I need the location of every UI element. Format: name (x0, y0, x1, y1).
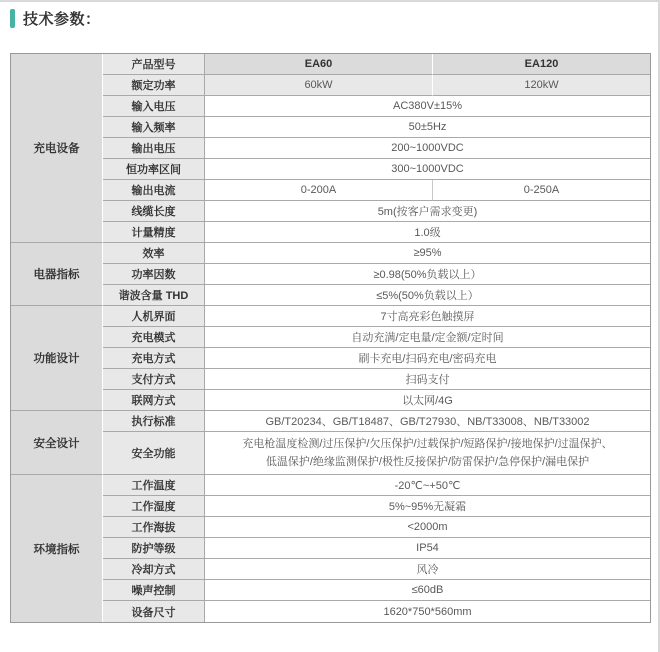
param-cell: 输出电流 (103, 180, 205, 201)
value-cell: EA120 (433, 54, 650, 75)
value-cell: 自动充满/定电量/定金额/定时间 (205, 327, 650, 348)
category-cell: 环境指标 (11, 475, 103, 622)
value-cell: 风冷 (205, 559, 650, 580)
value-cell: 5%~95%无凝霜 (205, 496, 650, 517)
value-cell: 充电枪温度检测/过压保护/欠压保护/过载保护/短路保护/接地保护/过温保护、低温… (205, 432, 650, 475)
value-line: 充电枪温度检测/过压保护/欠压保护/过载保护/短路保护/接地保护/过温保护、 (205, 435, 650, 453)
value-cell: 60kW (205, 75, 433, 96)
param-cell: 执行标准 (103, 411, 205, 432)
param-cell: 充电方式 (103, 348, 205, 369)
param-cell: 额定功率 (103, 75, 205, 96)
category-cell: 安全设计 (11, 411, 103, 475)
param-cell: 功率因数 (103, 264, 205, 285)
category-cell: 充电设备 (11, 54, 103, 243)
spec-table-container: 充电设备产品型号EA60EA120额定功率60kW120kW输入电压AC380V… (10, 53, 651, 623)
category-cell: 电器指标 (11, 243, 103, 306)
param-cell: 防护等级 (103, 538, 205, 559)
param-cell: 恒功率区间 (103, 159, 205, 180)
section-header: 技术参数： (10, 8, 101, 29)
value-cell: EA60 (205, 54, 433, 75)
value-cell: 扫码支付 (205, 369, 650, 390)
param-cell: 产品型号 (103, 54, 205, 75)
value-cell: ≥95% (205, 243, 650, 264)
value-cell: 刷卡充电/扫码充电/密码充电 (205, 348, 650, 369)
value-cell: 1620*750*560mm (205, 601, 650, 622)
value-line: 低温保护/绝缘监测保护/极性反接保护/防雷保护/急停保护/漏电保护 (205, 453, 650, 471)
value-cell: 5m(按客户需求变更) (205, 201, 650, 222)
value-cell: 300~1000VDC (205, 159, 650, 180)
param-cell: 计量精度 (103, 222, 205, 243)
param-cell: 冷却方式 (103, 559, 205, 580)
param-cell: 输出电压 (103, 138, 205, 159)
value-cell: GB/T20234、GB/T18487、GB/T27930、NB/T33008、… (205, 411, 650, 432)
value-cell: 1.0级 (205, 222, 650, 243)
value-cell: -20℃~+50℃ (205, 475, 650, 496)
param-cell: 支付方式 (103, 369, 205, 390)
param-cell: 充电模式 (103, 327, 205, 348)
value-cell: <2000m (205, 517, 650, 538)
value-cell: 7寸高亮彩色触摸屏 (205, 306, 650, 327)
value-cell: 120kW (433, 75, 650, 96)
value-cell: 以太网/4G (205, 390, 650, 411)
category-cell: 功能设计 (11, 306, 103, 411)
param-cell: 效率 (103, 243, 205, 264)
param-cell: 输入频率 (103, 117, 205, 138)
accent-bar-icon (10, 9, 15, 28)
param-cell: 工作湿度 (103, 496, 205, 517)
param-cell: 工作海拔 (103, 517, 205, 538)
param-cell: 输入电压 (103, 96, 205, 117)
value-cell: ≥0.98(50%负载以上） (205, 264, 650, 285)
page-top-edge (0, 0, 660, 2)
value-cell: 200~1000VDC (205, 138, 650, 159)
value-cell: AC380V±15% (205, 96, 650, 117)
value-cell: 0-250A (433, 180, 650, 201)
value-cell: 50±5Hz (205, 117, 650, 138)
param-cell: 谐波含量 THD (103, 285, 205, 306)
value-cell: 0-200A (205, 180, 433, 201)
value-cell: IP54 (205, 538, 650, 559)
value-cell: ≤60dB (205, 580, 650, 601)
value-cell: ≤5%(50%负载以上） (205, 285, 650, 306)
param-cell: 设备尺寸 (103, 601, 205, 622)
param-cell: 噪声控制 (103, 580, 205, 601)
param-cell: 人机界面 (103, 306, 205, 327)
page-title: 技术参数： (23, 8, 101, 29)
param-cell: 线缆长度 (103, 201, 205, 222)
param-cell: 安全功能 (103, 432, 205, 475)
param-cell: 联网方式 (103, 390, 205, 411)
spec-table: 充电设备产品型号EA60EA120额定功率60kW120kW输入电压AC380V… (11, 54, 650, 622)
param-cell: 工作温度 (103, 475, 205, 496)
